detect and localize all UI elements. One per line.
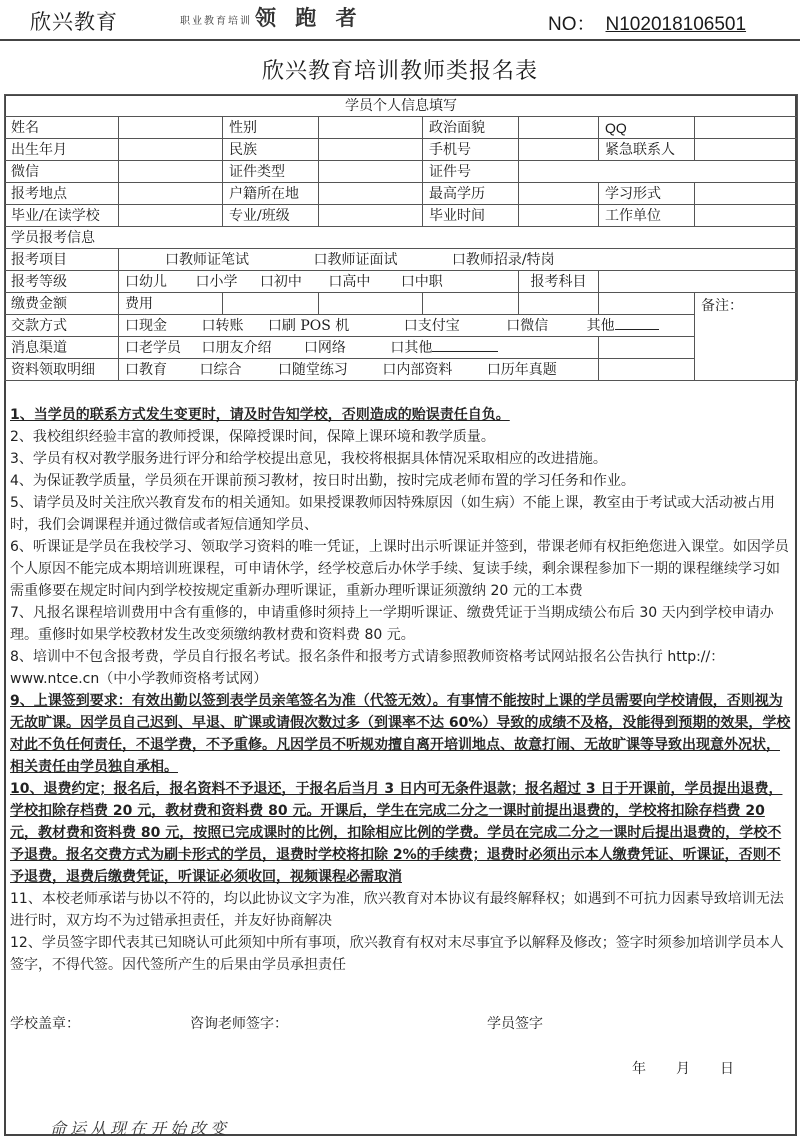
household-registration-input[interactable] [319,183,423,205]
field-label-political-status: 政治面貌 [423,117,519,139]
checkbox-past-exams[interactable]: 口历年真题 [487,360,557,380]
checkbox-teacher-recruitment[interactable]: 口教师招录/特岗 [452,250,555,270]
term-item: 3、学员有权对教学服务进行评分和给学校提出意见，我校将根据具体情况采取相应的改进… [10,448,792,470]
field-label-info-channel: 消息渠道 [5,337,119,359]
date-month-label: 月 [676,1058,690,1078]
field-label-name: 姓名 [5,117,119,139]
checkbox-teacher-cert-written[interactable]: 口教师证笔试 [165,250,249,270]
checkbox-teacher-cert-interview[interactable]: 口教师证面试 [313,250,397,270]
study-mode-input[interactable] [695,183,798,205]
checkbox-pos[interactable]: 口刷 POS 机 [268,316,349,336]
materials-options: 口教育 口综合 口随堂练习 口内部资料 口历年真题 [119,359,599,381]
table-row: 消息渠道 口老学员 口朋友介绍 口网络 口其他 [5,337,798,359]
field-label-exam-item: 报考项目 [5,249,119,271]
employer-input[interactable] [695,205,798,227]
term-item: 9、上课签到要求：有效出勤以签到表学员亲笔签名为准（代签无效）。有事情不能按时上… [10,690,792,778]
field-label-qq: QQ [599,117,695,139]
checkbox-internet[interactable]: 口网络 [304,338,346,358]
id-type-input[interactable] [319,161,423,183]
term-item: 11、本校老师承诺与协以不符的，均以此协议文字为准，欣兴教育对本协议有最终解释权… [10,888,792,932]
field-label-study-mode: 学习形式 [599,183,695,205]
school-seal-label: 学校盖章： [10,1013,80,1033]
form-title: 欣兴教育培训教师类报名表 [0,54,800,85]
field-label-exam-subject: 报考科目 [519,271,599,293]
highest-education-input[interactable] [519,183,599,205]
student-signature-label: 学员签字 [487,1013,543,1033]
field-label-ethnicity: 民族 [223,139,319,161]
header-divider [0,39,800,41]
header-slogan-big: 领 跑 者 [255,2,363,32]
field-label-phone: 手机号 [423,139,519,161]
gender-input[interactable] [319,117,423,139]
table-row: 报考等级 口幼儿 口小学 口初中 口高中 口中职 报考科目 [5,271,798,293]
checkbox-wechat-pay[interactable]: 口微信 [506,316,548,336]
name-input[interactable] [119,117,223,139]
remark-cell[interactable]: 备注： [695,293,798,381]
footer-slogan: 命运从现在开始改变 [50,1116,230,1139]
checkbox-alipay[interactable]: 口支付宝 [404,316,460,336]
table-row: 资料领取明细 口教育 口综合 口随堂练习 口内部资料 口历年真题 [5,359,798,381]
payment-other-blank[interactable] [615,315,659,330]
personal-info-section-title: 学员个人信息填写 [5,95,798,117]
table-row: 交款方式 口现金 口转账 口刷 POS 机 口支付宝 口微信 其他 [5,315,798,337]
channel-options: 口老学员 口朋友介绍 口网络 口其他 [119,337,599,359]
fee-input-1[interactable] [223,293,319,315]
term-item: 10、退费约定；报名后，报名资料不予退还，于报名后当月 3 日内可无条件退款；报… [10,778,792,888]
table-row: 姓名 性别 政治面貌 QQ [5,117,798,139]
term-item: 4、为保证教学质量，学员须在开课前预习教材，按日时出勤，按时完成老师布置的学习任… [10,470,792,492]
checkbox-comprehensive[interactable]: 口综合 [199,360,241,380]
header-slogan-small: 职业教育培训 [180,12,252,27]
qq-input[interactable] [695,117,798,139]
school-input[interactable] [119,205,223,227]
page-header: 欣兴教育 职业教育培训 领 跑 者 NO：N102018106501 [0,0,800,40]
checkbox-returning-student[interactable]: 口老学员 [125,338,181,358]
birth-date-input[interactable] [119,139,223,161]
field-label-fee-sub: 费用 [119,293,223,315]
phone-input[interactable] [519,139,599,161]
payment-options: 口现金 口转账 口刷 POS 机 口支付宝 口微信 其他 [119,315,695,337]
field-label-household-registration: 户籍所在地 [223,183,319,205]
fee-input-5[interactable] [599,293,695,315]
wechat-input[interactable] [119,161,223,183]
graduation-date-input[interactable] [519,205,599,227]
exam-subject-input[interactable] [599,271,798,293]
term-item: 8、培训中不包含报考费，学员自行报名考试。报名条件和报考方式请参照教师资格考试网… [10,646,792,690]
materials-extra-cell[interactable] [599,359,695,381]
term-item: 1、当学员的联系方式发生变更时，请及时告知学校，否则造成的贻误责任自负。 [10,404,792,426]
channel-extra-cell[interactable] [599,337,695,359]
term-item: 6、听课证是学员在我校学习、领取学习资料的唯一凭证，上课时出示听课证并签到，带课… [10,536,792,602]
exam-location-input[interactable] [119,183,223,205]
major-class-input[interactable] [319,205,423,227]
brand-name: 欣兴教育 [30,6,118,36]
emergency-contact-input[interactable] [695,139,798,161]
exam-level-options: 口幼儿 口小学 口初中 口高中 口中职 [119,271,519,293]
field-label-emergency-contact: 紧急联系人 [599,139,695,161]
channel-other-blank[interactable] [432,337,498,352]
term-item: 12、学员签字即代表其已知晓认可此须知中所有事项，欣兴教育有权对末尽事宜予以解释… [10,932,792,976]
registration-table: 学员个人信息填写 姓名 性别 政治面貌 QQ 出生年月 民族 手机号 紧急联系人… [4,94,798,381]
table-row: 微信 证件类型 证件号 [5,161,798,183]
id-number-input[interactable] [519,161,798,183]
checkbox-transfer[interactable]: 口转账 [201,316,243,336]
table-row: 出生年月 民族 手机号 紧急联系人 [5,139,798,161]
ethnicity-input[interactable] [319,139,423,161]
field-label-fee: 缴费金额 [5,293,119,315]
field-label-payment-method: 交款方式 [5,315,119,337]
field-label-major-class: 专业/班级 [223,205,319,227]
date-day-label: 日 [720,1058,734,1078]
channel-other[interactable]: 口其他 [390,337,498,358]
fee-input-2[interactable] [319,293,423,315]
checkbox-junior-high[interactable]: 口初中 [260,272,302,292]
field-label-graduation-date: 毕业时间 [423,205,519,227]
checkbox-preschool[interactable]: 口幼儿 [125,272,167,292]
table-row: 报考项目 口教师证笔试 口教师证面试 口教师招录/特岗 [5,249,798,271]
exam-item-options: 口教师证笔试 口教师证面试 口教师招录/特岗 [119,249,798,271]
channel-other-label: 口其他 [390,340,432,356]
term-item: 2、我校组织经验丰富的教师授课，保障授课时间，保障上课环境和教学质量。 [10,426,792,448]
field-label-id-number: 证件号 [423,161,519,183]
document-number-label: NO： [548,14,596,35]
checkbox-education[interactable]: 口教育 [125,360,167,380]
field-label-wechat: 微信 [5,161,119,183]
field-label-exam-location: 报考地点 [5,183,119,205]
remark-label: 备注： [701,298,743,314]
checkbox-practice[interactable]: 口随堂练习 [278,360,348,380]
checkbox-senior-high[interactable]: 口高中 [328,272,370,292]
date-year-label: 年 [632,1058,646,1078]
table-row: 缴费金额 费用 备注： [5,293,798,315]
field-label-id-type: 证件类型 [223,161,319,183]
document-number-value: N102018106501 [606,14,747,35]
document-number: NO：N102018106501 [548,9,746,36]
political-status-input[interactable] [519,117,599,139]
payment-other-label: 其他 [587,318,615,334]
terms-section: 1、当学员的联系方式发生变更时，请及时告知学校，否则造成的贻误责任自负。 2、我… [10,404,792,976]
checkbox-friend-referral[interactable]: 口朋友介绍 [201,338,271,358]
field-label-gender: 性别 [223,117,319,139]
term-item: 7、凡报名课程培训费用中含有重修的，申请重修时须持上一学期听课证、缴费凭证于当期… [10,602,792,646]
checkbox-cash[interactable]: 口现金 [125,316,167,336]
field-label-school: 毕业/在读学校 [5,205,119,227]
field-label-materials: 资料领取明细 [5,359,119,381]
field-label-highest-education: 最高学历 [423,183,519,205]
term-item: 5、请学员及时关注欣兴教育发布的相关通知。如果授课教师因特殊原因（如生病）不能上… [10,492,792,536]
exam-info-section-title: 学员报考信息 [5,227,798,249]
fee-input-3[interactable] [423,293,519,315]
table-row: 毕业/在读学校 专业/班级 毕业时间 工作单位 [5,205,798,227]
payment-other[interactable]: 其他 [587,315,659,336]
checkbox-primary[interactable]: 口小学 [195,272,237,292]
field-label-exam-level: 报考等级 [5,271,119,293]
field-label-birth-date: 出生年月 [5,139,119,161]
field-label-employer: 工作单位 [599,205,695,227]
advisor-signature-label: 咨询老师签字： [190,1013,288,1033]
checkbox-vocational[interactable]: 口中职 [401,272,443,292]
student-signature-field[interactable] [545,1008,745,1032]
checkbox-internal-materials[interactable]: 口内部资料 [382,360,452,380]
table-row: 报考地点 户籍所在地 最高学历 学习形式 [5,183,798,205]
fee-input-4[interactable] [519,293,599,315]
